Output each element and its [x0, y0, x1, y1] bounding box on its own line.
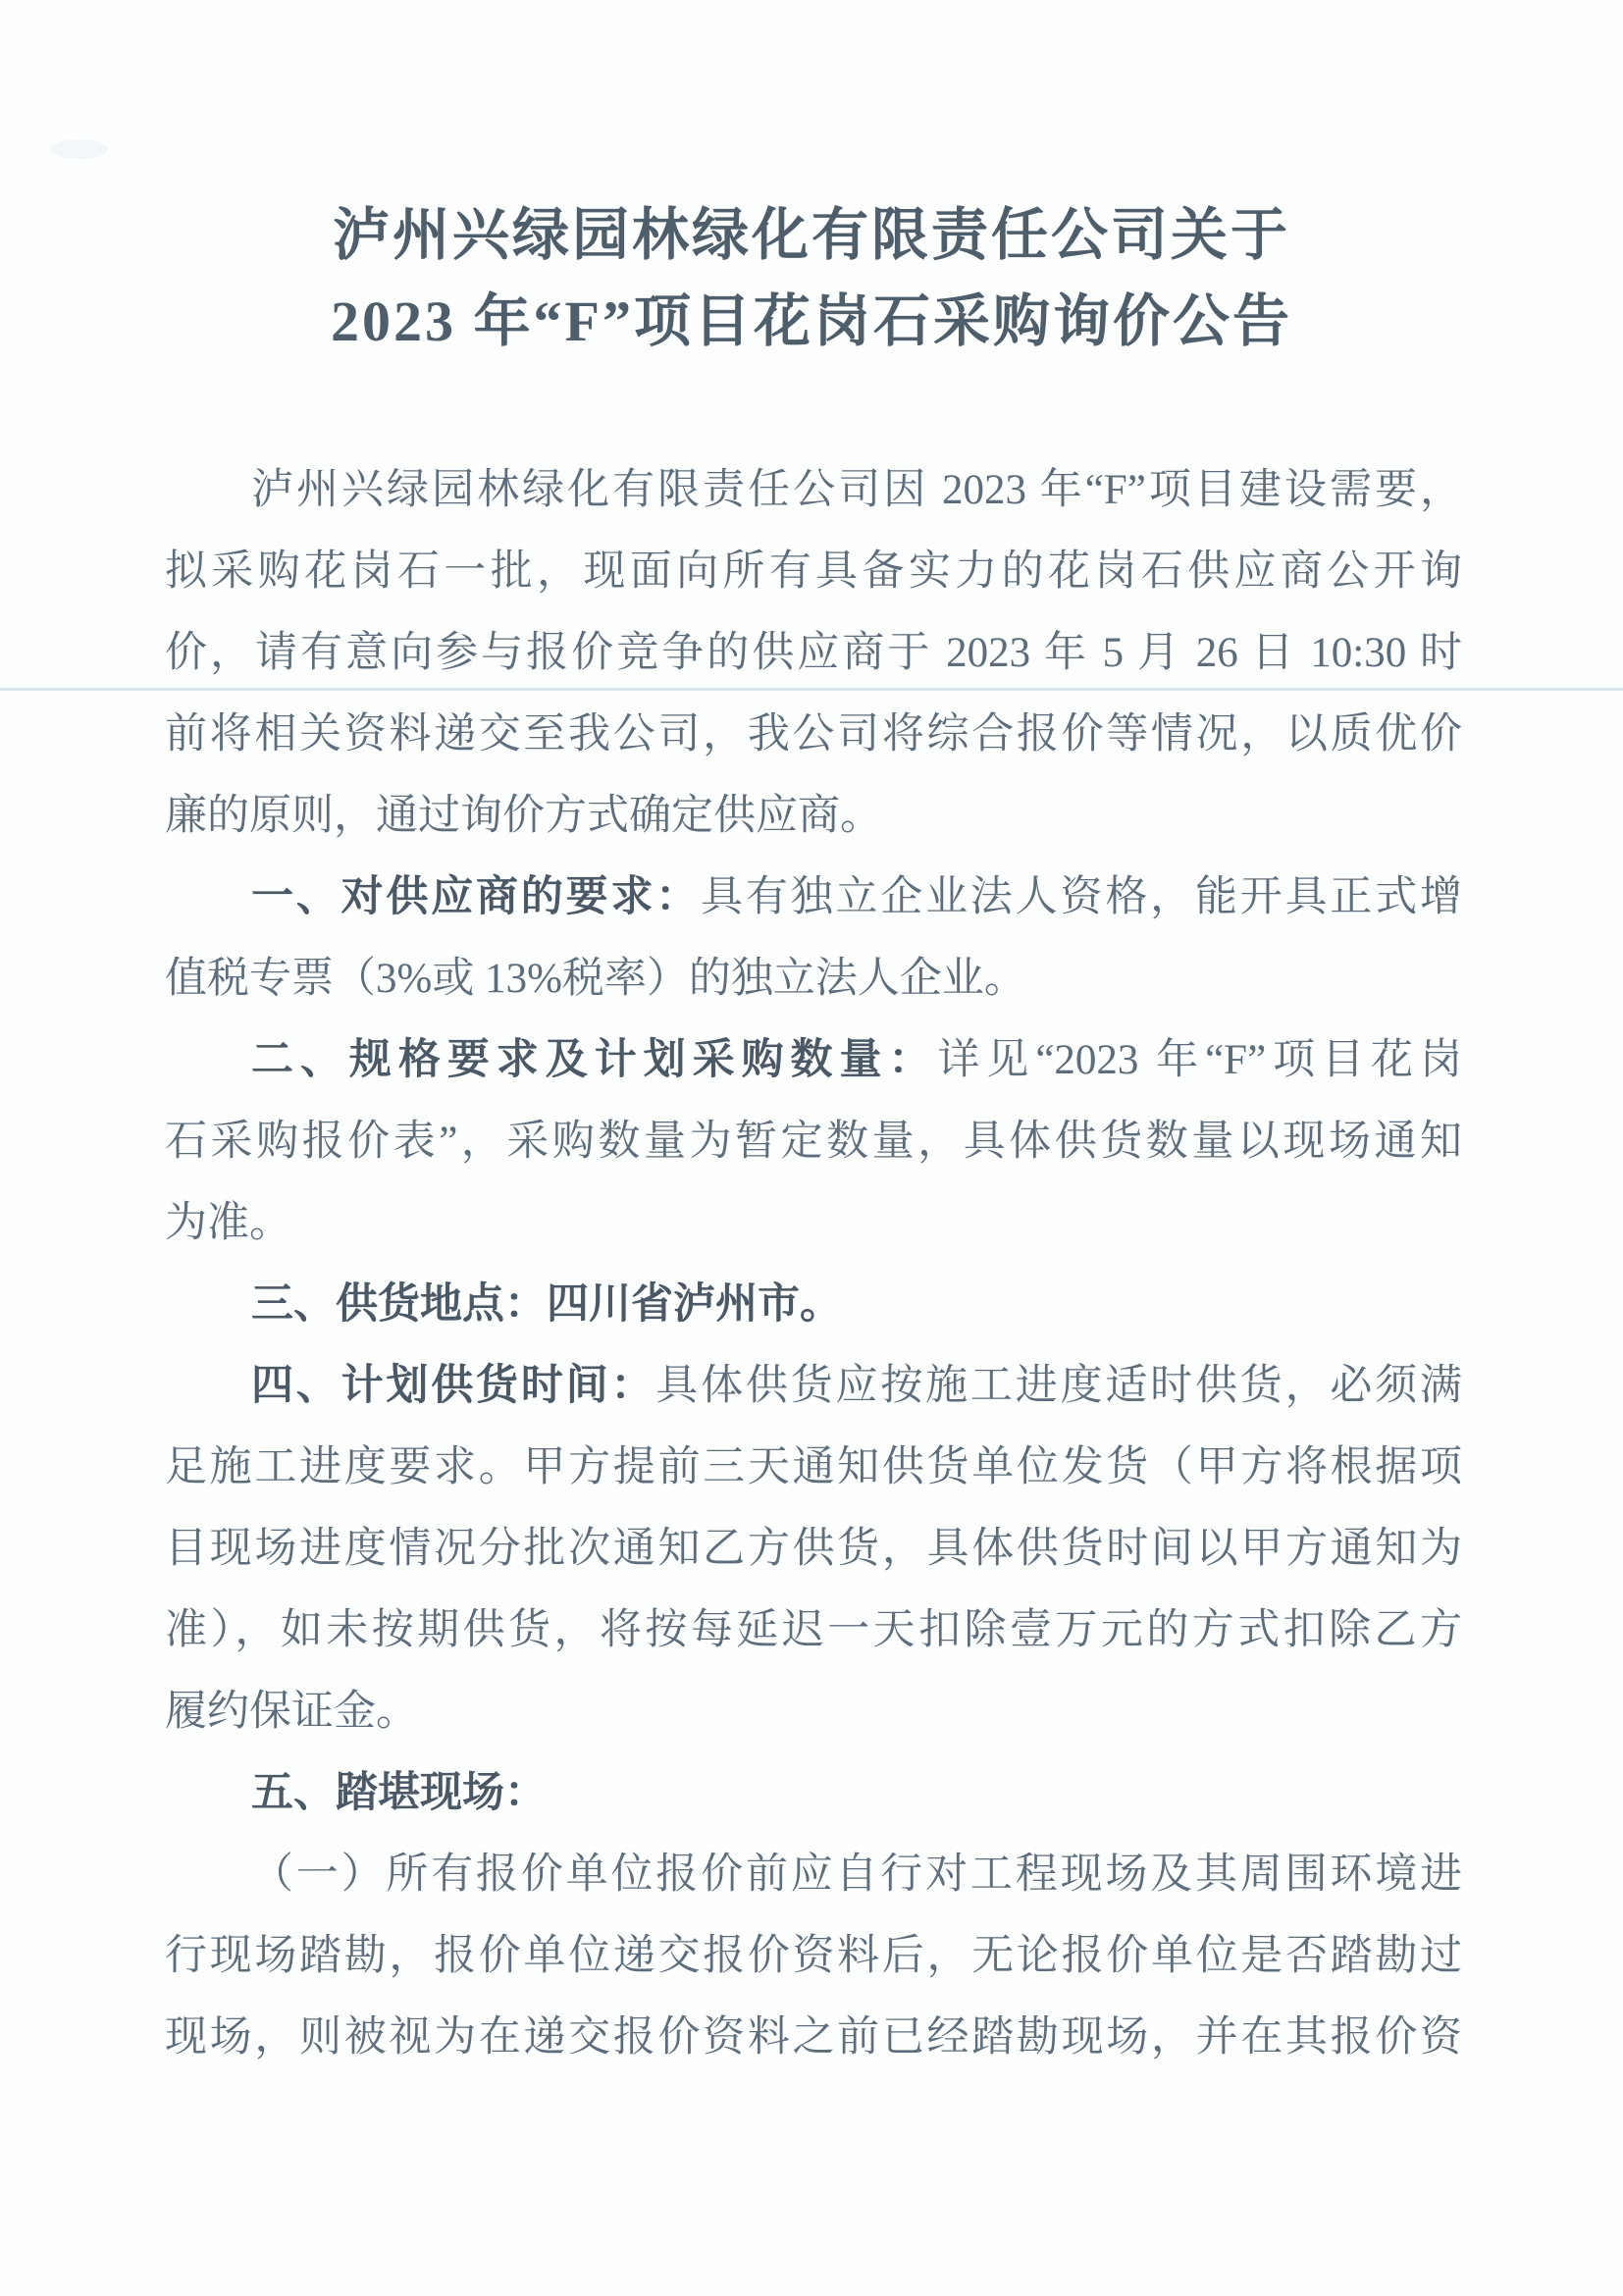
line-text: 泸州兴绿园林绿化有限责任公司因 2023 年“F”项目建设需要，	[251, 467, 1462, 513]
line-text: 石采购报价表”，采购数量为暂定数量，具体供货数量以现场通知	[165, 1119, 1462, 1165]
section-heading: 五、踏堪现场：	[251, 1769, 547, 1816]
document-line: 价，请有意向参与报价竞争的供应商于 2023 年 5 月 26 日 10:30 …	[165, 612, 1462, 694]
line-text: 准），如未按期供货，将按每延迟一天扣除壹万元的方式扣除乙方	[165, 1607, 1462, 1653]
line-text: 拟采购花岗石一批，现面向所有具备实力的花岗石供应商公开询	[165, 548, 1462, 595]
document-line: 为准。	[165, 1182, 1462, 1264]
line-text: 现场，则被视为在递交报价资料之前已经踏勘现场，并在其报价资	[165, 2014, 1462, 2061]
document-line: 廉的原则，通过询价方式确定供应商。	[165, 775, 1462, 857]
line-text: 价，请有意向参与报价竞争的供应商于 2023 年 5 月 26 日 10:30 …	[165, 630, 1462, 676]
line-text: 履约保证金。	[165, 1689, 418, 1735]
section-heading: 三、供货地点：四川省泸州市。	[251, 1280, 842, 1328]
document-line: （一）所有报价单位报价前应自行对工程现场及其周围环境进	[165, 1834, 1462, 1915]
document-line: 目现场进度情况分批次通知乙方供货，具体供货时间以甲方通知为	[165, 1508, 1462, 1590]
line-text: 具有独立企业法人资格，能开具正式增	[701, 874, 1462, 920]
document-line: 二、规格要求及计划采购数量：详见“2023 年“F”项目花岗	[165, 1019, 1462, 1101]
document-title: 泸州兴绿园林绿化有限责任公司关于 2023 年“F”项目花岗石采购询价公告	[0, 192, 1623, 365]
document-line: 拟采购花岗石一批，现面向所有具备实力的花岗石供应商公开询	[165, 531, 1462, 612]
line-text: 为准。	[165, 1200, 291, 1246]
line-text: 前将相关资料递交至我公司，我公司将综合报价等情况，以质优价	[165, 711, 1462, 757]
document-line: 四、计划供货时间：具体供货应按施工进度适时供货，必须满	[165, 1345, 1462, 1427]
line-text: 目现场进度情况分批次通知乙方供货，具体供货时间以甲方通知为	[165, 1526, 1462, 1572]
section-heading: 四、计划供货时间：	[251, 1362, 655, 1409]
line-text: 行现场踏勘，报价单位递交报价资料后，无论报价单位是否踏勘过	[165, 1933, 1462, 1979]
document-line: 泸州兴绿园林绿化有限责任公司因 2023 年“F”项目建设需要，	[165, 449, 1462, 531]
line-text: （一）所有报价单位报价前应自行对工程现场及其周围环境进	[251, 1852, 1462, 1898]
line-text: 具体供货应按施工进度适时供货，必须满	[655, 1363, 1462, 1409]
document-line: 现场，则被视为在递交报价资料之前已经踏勘现场，并在其报价资	[165, 1997, 1462, 2078]
line-text: 值税专票（3%或 13%税率）的独立法人企业。	[165, 956, 1026, 1002]
line-text: 足施工进度要求。甲方提前三天通知供货单位发货（甲方将根据项	[165, 1444, 1462, 1490]
line-text: 廉的原则，通过询价方式确定供应商。	[165, 793, 882, 839]
document-line: 履约保证金。	[165, 1671, 1462, 1752]
title-line-2: 2023 年“F”项目花岗石采购询价公告	[0, 279, 1623, 365]
document-line: 前将相关资料递交至我公司，我公司将综合报价等情况，以质优价	[165, 694, 1462, 775]
document-line: 石采购报价表”，采购数量为暂定数量，具体供货数量以现场通知	[165, 1101, 1462, 1182]
line-text: 详见“2023 年“F”项目花岗	[937, 1037, 1462, 1083]
scan-smudge	[51, 139, 108, 159]
document-body: 泸州兴绿园林绿化有限责任公司因 2023 年“F”项目建设需要，拟采购花岗石一批…	[165, 449, 1462, 2078]
document-line: 一、对供应商的要求：具有独立企业法人资格，能开具正式增	[165, 857, 1462, 938]
document-line: 三、供货地点：四川省泸州市。	[165, 1264, 1462, 1345]
document-line: 足施工进度要求。甲方提前三天通知供货单位发货（甲方将根据项	[165, 1427, 1462, 1508]
section-heading: 二、规格要求及计划采购数量：	[251, 1036, 937, 1083]
title-line-1: 泸州兴绿园林绿化有限责任公司关于	[0, 192, 1623, 279]
document-line: 行现场踏勘，报价单位递交报价资料后，无论报价单位是否踏勘过	[165, 1915, 1462, 1997]
document-line: 值税专票（3%或 13%税率）的独立法人企业。	[165, 938, 1462, 1019]
document-line: 准），如未按期供货，将按每延迟一天扣除壹万元的方式扣除乙方	[165, 1590, 1462, 1671]
section-heading: 一、对供应商的要求：	[251, 873, 701, 920]
document-page: 泸州兴绿园林绿化有限责任公司关于 2023 年“F”项目花岗石采购询价公告 泸州…	[0, 0, 1623, 2296]
document-line: 五、踏堪现场：	[165, 1752, 1462, 1834]
